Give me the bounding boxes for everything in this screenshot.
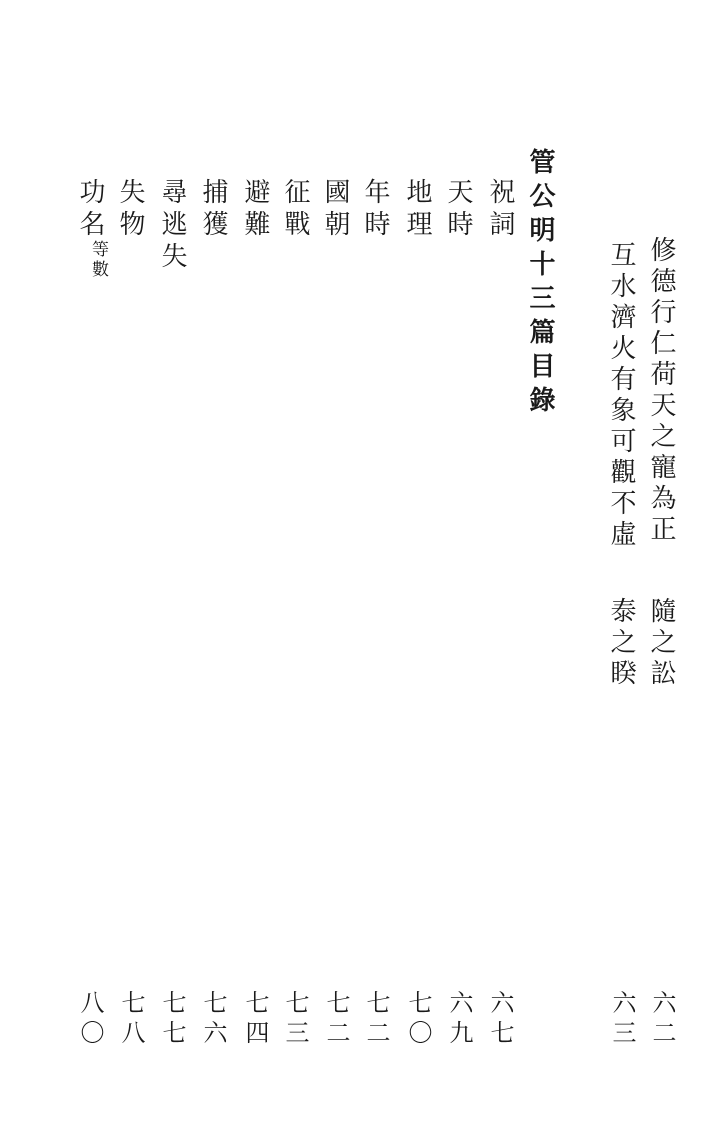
toc-page-nianshi: 七二 — [364, 990, 388, 1050]
toc-item-gongming[interactable]: 功名 — [77, 178, 103, 242]
toc-item-nianshi[interactable]: 年時 — [362, 178, 388, 242]
toc-title: 管公明十三篇目錄 — [527, 148, 553, 420]
toc-item-shiwu[interactable]: 失物 — [117, 178, 143, 242]
toc-page-zhengzhan: 七三 — [283, 990, 307, 1050]
toc-item-zhuci[interactable]: 祝詞 — [487, 178, 513, 242]
preface-page-2: 六三 — [610, 990, 634, 1050]
toc-page-zhuci: 六七 — [488, 990, 512, 1050]
preface-ref-2: 泰之睽 — [608, 597, 634, 690]
toc-item-xuntaoshi[interactable]: 尋逃失 — [159, 178, 185, 274]
toc-page-xuntaoshi: 七七 — [160, 990, 184, 1050]
toc-page-binan: 七四 — [243, 990, 267, 1050]
toc-page-shiwu: 七八 — [119, 990, 143, 1050]
preface-ref-1: 隨之訟 — [648, 597, 674, 690]
toc-page-dili: 七〇 — [406, 990, 430, 1050]
toc-item-tianshi[interactable]: 天時 — [445, 178, 471, 242]
toc-page-tianshi: 六九 — [447, 990, 471, 1050]
toc-item-buhuo[interactable]: 捕獲 — [200, 178, 226, 242]
preface-line-1: 修德行仁荷天之寵為正 — [648, 236, 674, 546]
toc-item-binan[interactable]: 避難 — [242, 178, 268, 242]
toc-page-guochao: 七二 — [324, 990, 348, 1050]
toc-item-dili[interactable]: 地理 — [404, 178, 430, 242]
toc-item-guochao[interactable]: 國朝 — [322, 178, 348, 242]
preface-line-2: 互水濟火有象可觀不虛 — [608, 241, 634, 551]
toc-item-zhengzhan[interactable]: 征戰 — [282, 178, 308, 242]
toc-item-gongming-note: 等數 — [89, 240, 106, 280]
preface-page-1: 六二 — [650, 990, 674, 1050]
toc-page-gongming: 八〇 — [78, 990, 102, 1050]
toc-page-buhuo: 七六 — [201, 990, 225, 1050]
